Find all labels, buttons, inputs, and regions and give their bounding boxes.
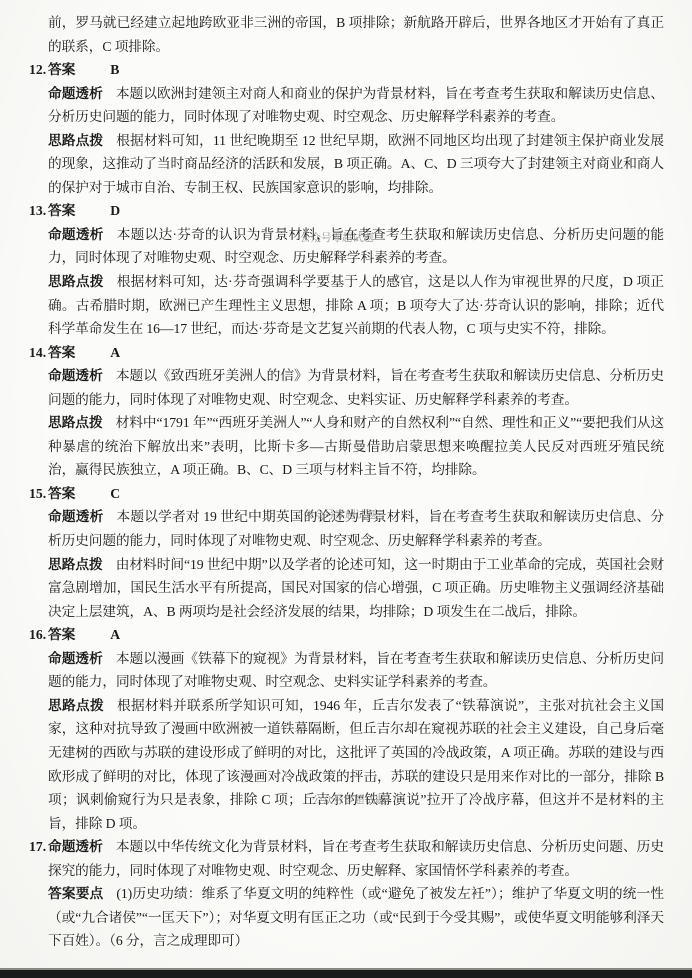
analysis-paragraph: 命题透析本题以漫画《铁幕下的窥视》为背景材料，旨在考查考生获取和解读历史信息、分… <box>48 647 664 694</box>
answer-line: 14.答案A <box>48 341 664 365</box>
analysis-label: 命题透析 <box>48 839 103 854</box>
analysis-label: 命题透析 <box>48 86 103 101</box>
analysis-paragraph: 命题透析本题以欧洲封建领主对商人和商业的保护为背景材料，旨在考查考生获取和解读历… <box>48 82 664 129</box>
answer-line: 16.答案A <box>48 623 664 647</box>
hint-label: 思路点拨 <box>48 274 104 289</box>
hint-paragraph: 思路点拨材料中“1791 年”“西班牙美洲人”“人身和财产的自然权利”“自然、理… <box>48 411 664 482</box>
answer-letter: B <box>110 62 119 77</box>
analysis-text: 本题以漫画《铁幕下的窥视》为背景材料，旨在考查考生获取和解读历史信息、分析历史问… <box>48 651 664 690</box>
analysis-paragraph: 17.命题透析本题以中华传统文化为背景材料，旨在考查考生获取和解读历史信息、分析… <box>48 835 664 882</box>
hint-paragraph: 思路点拨根据材料可知，11 世纪晚期至 12 世纪早期，欧洲不同地区均出现了封建… <box>48 129 664 200</box>
question-16: 16.答案A 命题透析本题以漫画《铁幕下的窥视》为背景材料，旨在考查考生获取和解… <box>48 623 664 835</box>
hint-label: 思路点拨 <box>48 133 103 148</box>
answer-label: 答案 <box>48 203 75 218</box>
answer-letter: A <box>110 345 120 360</box>
answer-label: 答案 <box>48 486 75 501</box>
analysis-text: 本题以欧洲封建领主对商人和商业的保护为背景材料，旨在考查考生获取和解读历史信息、… <box>48 86 664 125</box>
question-number: 15. <box>29 482 46 506</box>
answer-points-paragraph: 答案要点(1)历史功绩：维系了华夏文明的纯粹性（或“避免了被发左衽”）；维护了华… <box>48 882 664 953</box>
analysis-text: 本题以学者对 19 世纪中期英国的论述为背景材料，旨在考查考生获取和解读历史信息… <box>48 509 664 548</box>
hint-label: 思路点拨 <box>48 557 103 572</box>
analysis-label: 命题透析 <box>48 227 104 242</box>
analysis-text: 本题以《致西班牙美洲人的信》为背景材料，旨在考查考生获取和解读历史信息、分析历史… <box>48 368 664 407</box>
question-number: 13. <box>29 199 46 223</box>
answer-letter: C <box>110 486 120 501</box>
answer-label: 答案 <box>48 627 75 642</box>
question-15: 15.答案C 命题透析本题以学者对 19 世纪中期英国的论述为背景材料，旨在考查… <box>48 482 664 623</box>
analysis-label: 命题透析 <box>48 509 103 524</box>
continuation-paragraph: 前，罗马就已经建立起地跨欧亚非三洲的帝国，B 项排除；新航路开辟后，世界各地区才… <box>48 11 664 58</box>
answer-label: 答案 <box>48 345 75 360</box>
answer-line: 13.答案D <box>48 199 664 223</box>
analysis-paragraph: 命题透析本题以学者对 19 世纪中期英国的论述为背景材料，旨在考查考生获取和解读… <box>48 505 664 552</box>
question-number: 16. <box>29 623 46 647</box>
answer-letter: A <box>110 627 120 642</box>
analysis-text: 本题以中华传统文化为背景材料，旨在考查考生获取和解读历史信息、分析历史问题、历史… <box>48 839 664 878</box>
question-13: 13.答案D 命题透析本题以达·芬奇的认识为背景材料，旨在考查考生获取和解读历史… <box>48 199 664 340</box>
answer-letter: D <box>110 203 120 218</box>
scanned-answer-page: 前，罗马就已经建立起地跨欧亚非三洲的帝国，B 项排除；新航路开辟后，世界各地区才… <box>0 0 692 978</box>
question-14: 14.答案A 命题透析本题以《致西班牙美洲人的信》为背景材料，旨在考查考生获取和… <box>48 341 664 482</box>
answer-line: 15.答案C <box>48 482 664 506</box>
hint-label: 思路点拨 <box>48 698 104 713</box>
hint-text: 根据材料可知，11 世纪晚期至 12 世纪早期，欧洲不同地区均出现了封建领主保护… <box>48 133 664 195</box>
hint-text: 材料中“1791 年”“西班牙美洲人”“人身和财产的自然权利”“自然、理性和正义… <box>48 415 664 477</box>
question-number: 17. <box>29 835 46 859</box>
answer-key-content: 前，罗马就已经建立起地跨欧亚非三洲的帝国，B 项排除；新航路开辟后，世界各地区才… <box>0 0 692 953</box>
hint-text: 根据材料并联系所学知识可知，1946 年，丘吉尔发表了“铁幕演说”，主张对抗社会… <box>48 698 664 831</box>
analysis-label: 命题透析 <box>48 651 103 666</box>
answer-line: 12.答案B <box>48 58 664 82</box>
question-number: 14. <box>29 341 46 365</box>
scan-bottom-edge <box>0 968 692 978</box>
question-12: 12.答案B 命题透析本题以欧洲封建领主对商人和商业的保护为背景材料，旨在考查考… <box>48 58 664 199</box>
hint-text: 根据材料可知，达·芬奇强调科学要基于人的感官，这是以人作为审视世界的尺度，D 项… <box>48 274 664 336</box>
hint-paragraph: 思路点拨根据材料可知，达·芬奇强调科学要基于人的感官，这是以人作为审视世界的尺度… <box>48 270 664 341</box>
analysis-paragraph: 命题透析本题以达·芬奇的认识为背景材料，旨在考查考生获取和解读历史信息、分析历史… <box>48 223 664 270</box>
analysis-text: 本题以达·芬奇的认识为背景材料，旨在考查考生获取和解读历史信息、分析历史问题的能… <box>48 227 664 266</box>
answer-label: 答案 <box>48 62 75 77</box>
hint-paragraph: 思路点拨由材料时间“19 世纪中期”以及学者的论述可知，这一时期由于工业革命的完… <box>48 553 664 624</box>
question-number: 12. <box>29 58 46 82</box>
question-17: 17.命题透析本题以中华传统文化为背景材料，旨在考查考生获取和解读历史信息、分析… <box>48 835 664 953</box>
hint-paragraph: 思路点拨根据材料并联系所学知识可知，1946 年，丘吉尔发表了“铁幕演说”，主张… <box>48 694 664 835</box>
answer-points-text: (1)历史功绩：维系了华夏文明的纯粹性（或“避免了被发左衽”）；维护了华夏文明的… <box>48 886 664 948</box>
hint-label: 思路点拨 <box>48 415 103 430</box>
answer-points-label: 答案要点 <box>48 886 103 901</box>
continuation-text: 前，罗马就已经建立起地跨欧亚非三洲的帝国，B 项排除；新航路开辟后，世界各地区才… <box>48 15 664 54</box>
analysis-paragraph: 命题透析本题以《致西班牙美洲人的信》为背景材料，旨在考查考生获取和解读历史信息、… <box>48 364 664 411</box>
hint-text: 由材料时间“19 世纪中期”以及学者的论述可知，这一时期由于工业革命的完成，英国… <box>48 557 664 619</box>
analysis-label: 命题透析 <box>48 368 103 383</box>
